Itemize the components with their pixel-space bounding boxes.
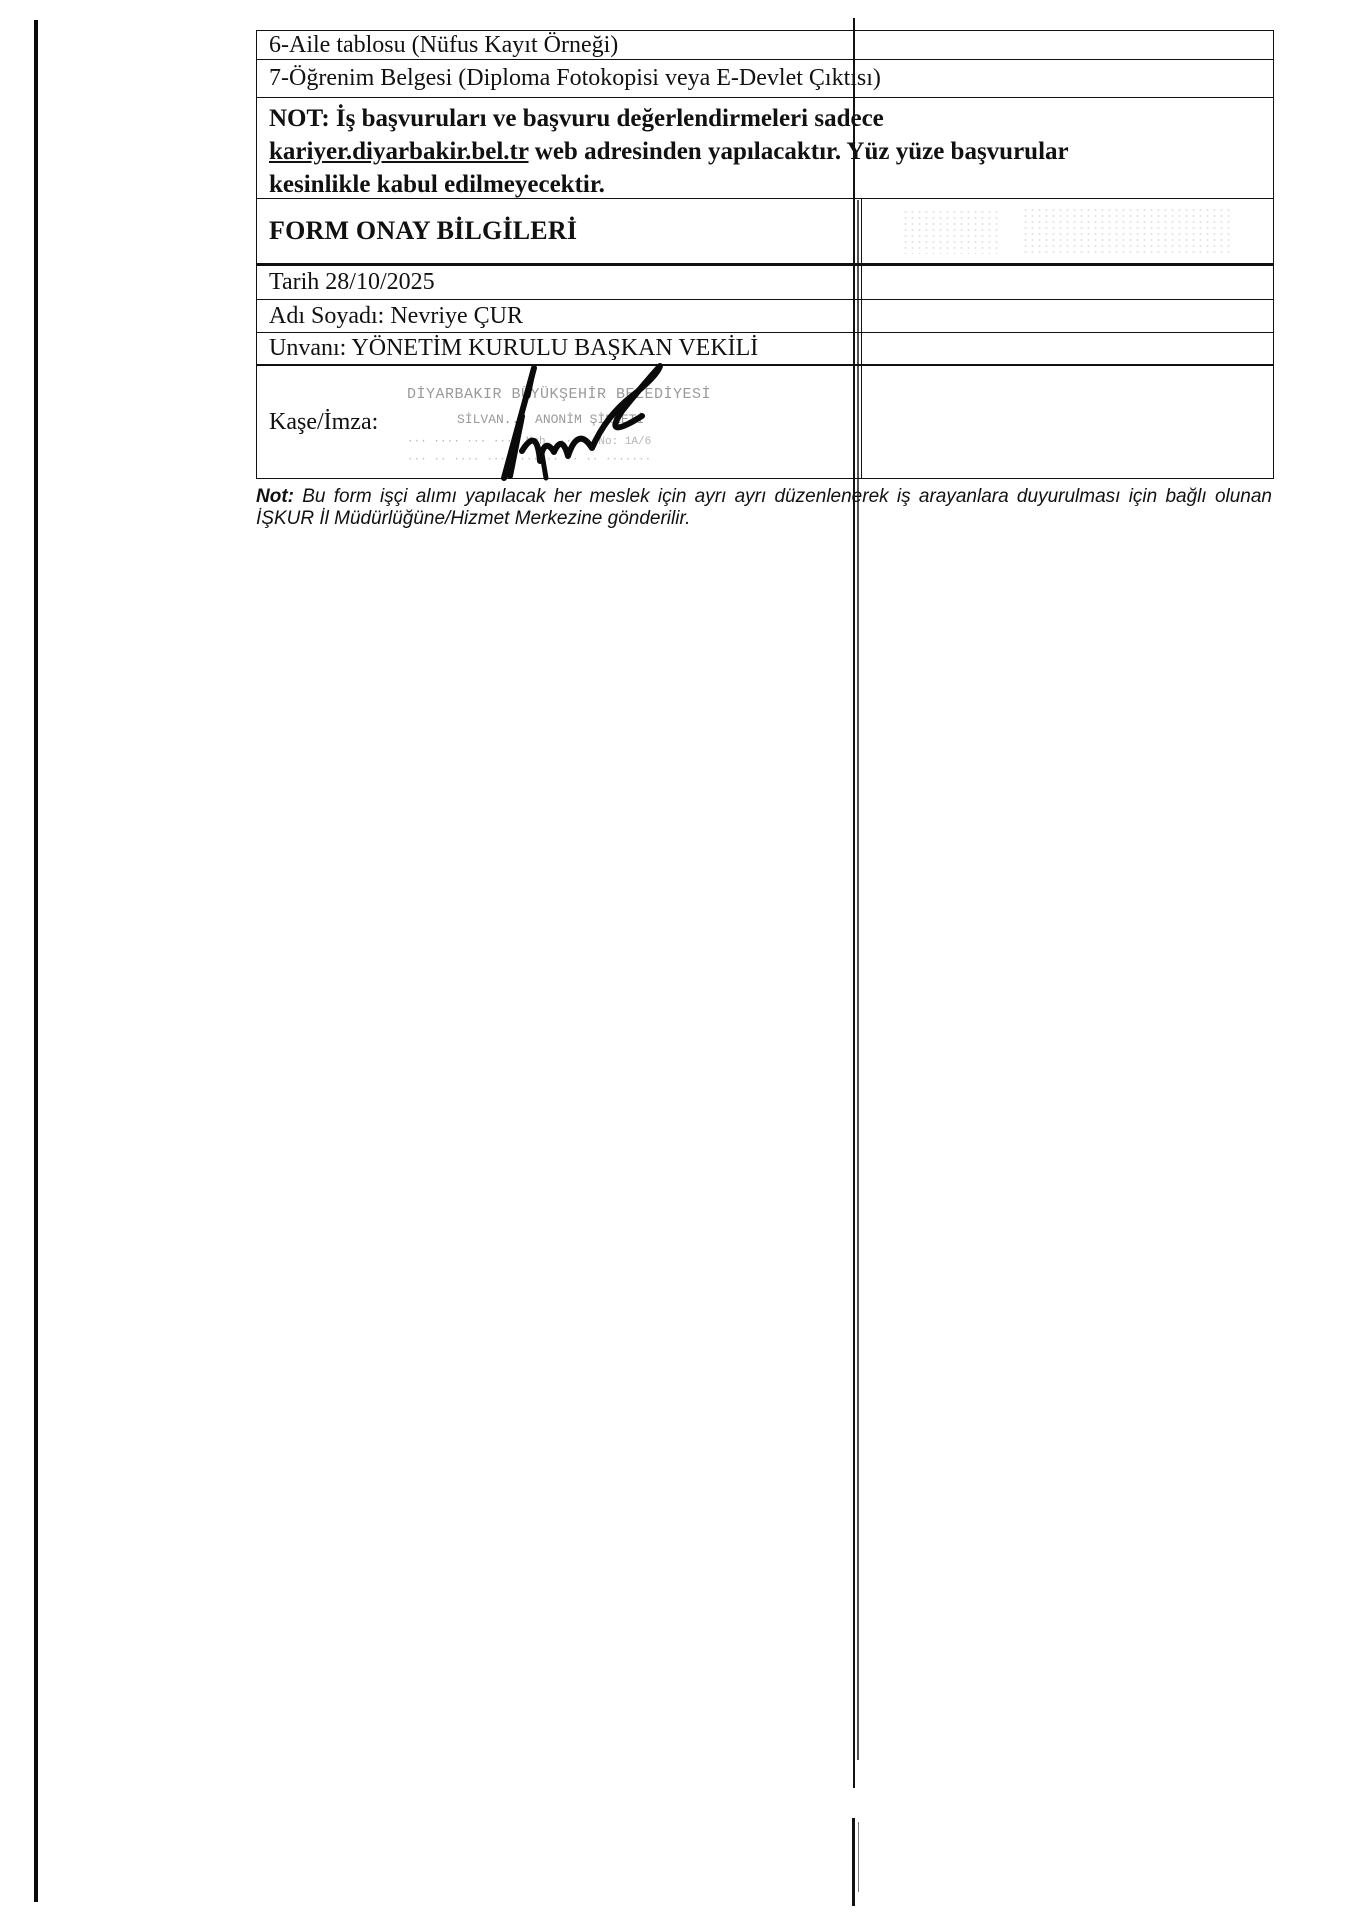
section-title: FORM ONAY BİLGİLERİ xyxy=(269,216,577,246)
scan-artifact-line xyxy=(852,1818,855,1906)
footnote: Not: Bu form işçi alımı yapılacak her me… xyxy=(256,486,1272,530)
application-form-table: 6-Aile tablosu (Nüfus Kayıt Örneği) 7-Öğ… xyxy=(256,30,1274,479)
stamp-label: Kaşe/İmza: xyxy=(269,409,378,435)
scan-noise xyxy=(902,209,1002,254)
name-row: Adı Soyadı: Nevriye ÇUR xyxy=(257,300,1273,333)
approver-name: Adı Soyadı: Nevriye ÇUR xyxy=(269,303,523,329)
approval-date: Tarih 28/10/2025 xyxy=(269,269,435,295)
requirement-text: 7-Öğrenim Belgesi (Diploma Fotokopisi ve… xyxy=(269,65,881,91)
title-row: Unvanı: YÖNETİM KURULU BAŞKAN VEKİLİ xyxy=(257,333,1273,366)
scan-margin-line xyxy=(34,20,38,1902)
scan-noise xyxy=(1022,207,1232,257)
signature-icon xyxy=(482,356,682,486)
stamp-signature-row: Kaşe/İmza: DİYARBAKIR BÜYÜKŞEHİR BELEDİY… xyxy=(257,366,1273,479)
requirement-row: 6-Aile tablosu (Nüfus Kayıt Örneği) xyxy=(257,31,1273,60)
notice-row: NOT: İş başvuruları ve başvuru değerlend… xyxy=(257,98,1273,199)
scan-artifact-line xyxy=(858,1822,859,1892)
approval-header-row: FORM ONAY BİLGİLERİ xyxy=(257,199,1273,266)
requirement-text: 6-Aile tablosu (Nüfus Kayıt Örneği) xyxy=(269,32,618,58)
requirement-row: 7-Öğrenim Belgesi (Diploma Fotokopisi ve… xyxy=(257,60,1273,98)
date-row: Tarih 28/10/2025 xyxy=(257,266,1273,300)
career-site-link[interactable]: kariyer.diyarbakir.bel.tr xyxy=(269,138,529,165)
application-notice: NOT: İş başvuruları ve başvuru değerlend… xyxy=(257,98,1273,207)
approval-header-blank xyxy=(861,199,1273,263)
